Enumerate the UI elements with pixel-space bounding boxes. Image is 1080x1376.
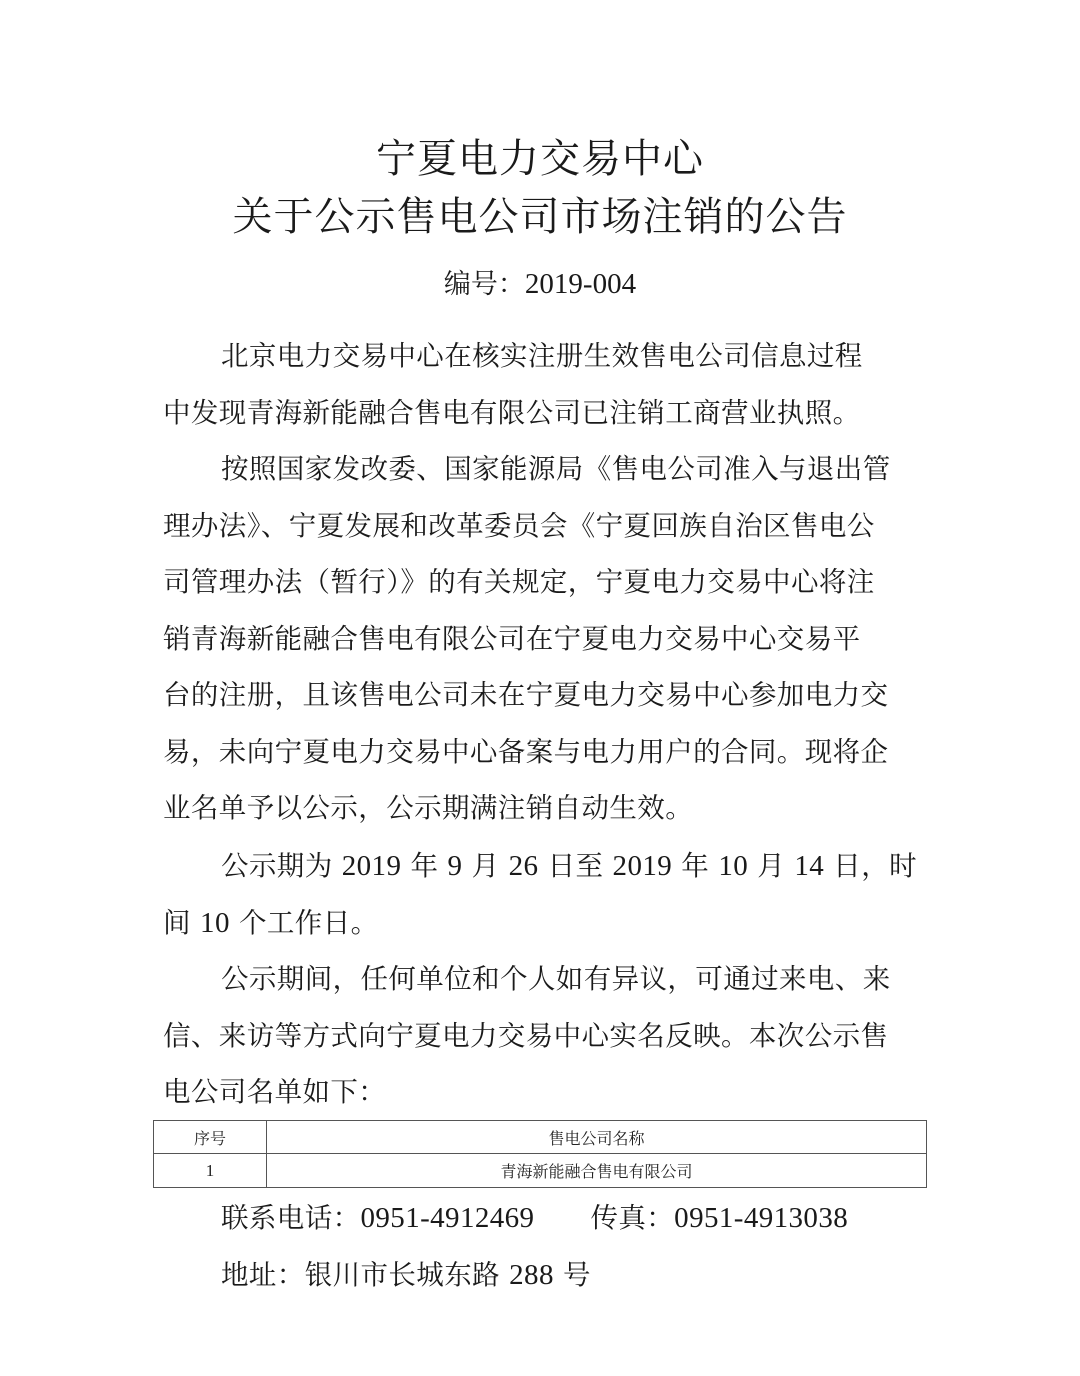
start-month: 9 [448,850,463,882]
table-cell-company: 青海新能融合售电有限公司 [267,1154,927,1188]
address-text: 银川市长城东路 [305,1259,509,1291]
page-title-organization: 宁夏电力交易中心 [0,135,1080,183]
paragraph-line: 易，未向宁夏电力交易中心备案与电力用户的合同。现将企 [163,724,918,781]
paragraph-regulation: 按照国家发改委、国家能源局《售电公司准入与退出管 理办法》、宁夏发展和改革委员会… [163,441,918,837]
end-year: 2019 [613,850,673,882]
table-cell-index: 1 [154,1154,267,1188]
table-row: 1 青海新能融合售电有限公司 [154,1154,927,1188]
end-day: 14 [794,850,824,882]
text-fragment: 日至 [538,850,612,882]
paragraph-verification: 北京电力交易中心在核实注册生效售电公司信息过程 中发现青海新能融合售电有限公司已… [163,328,918,441]
text-fragment: 间 [163,907,200,939]
paragraph-line: 销青海新能融合售电有限公司在宁夏电力交易中心交易平 [163,611,918,668]
paragraph-line: 北京电力交易中心在核实注册生效售电公司信息过程 [163,328,918,385]
address-number: 288 [509,1259,554,1291]
working-days-count: 10 [200,907,230,939]
document-number: 编号：2019-004 [0,266,1080,303]
contact-address: 地址：银川市长城东路 288 号 [221,1255,591,1295]
paragraph-line: 间 10 个工作日。 [163,895,918,952]
phone-label: 联系电话： [221,1202,361,1234]
document-number-value: 2019-004 [525,268,636,300]
paragraph-line: 公示期间，任何单位和个人如有异议，可通过来电、来 [163,951,918,1008]
page-title-announcement: 关于公示售电公司市场注销的公告 [0,193,1080,241]
table-header-index: 序号 [154,1121,267,1154]
fax-number: 0951-4913038 [674,1202,848,1234]
paragraph-line: 司管理办法（暂行）》的有关规定，宁夏电力交易中心将注 [163,554,918,611]
paragraph-line: 台的注册，且该售电公司未在宁夏电力交易中心参加电力交 [163,667,918,724]
text-fragment: 个工作日。 [230,907,379,939]
text-fragment: 公示期为 [221,850,342,882]
paragraph-publicity-period: 公示期为 2019 年 9 月 26 日至 2019 年 10 月 14 日，时… [163,838,918,951]
paragraph-line: 业名单予以公示，公示期满注销自动生效。 [163,780,918,837]
start-day: 26 [509,850,539,882]
text-fragment: 月 [748,850,794,882]
address-suffix: 号 [554,1259,591,1291]
text-fragment: 月 [462,850,508,882]
address-label: 地址： [221,1259,305,1291]
fax-label: 传真： [590,1202,674,1234]
phone-number: 0951-4912469 [361,1202,535,1234]
paragraph-line: 按照国家发改委、国家能源局《售电公司准入与退出管 [163,441,918,498]
text-fragment: 年 [401,850,447,882]
paragraph-line: 理办法》、宁夏发展和改革委员会《宁夏回族自治区售电公 [163,498,918,555]
announcement-page: 宁夏电力交易中心 关于公示售电公司市场注销的公告 编号：2019-004 北京电… [0,0,1080,1376]
text-fragment: 日，时 [824,850,917,882]
contact-phone-fax: 联系电话：0951-4912469传真：0951-4913038 [221,1198,848,1238]
start-year: 2019 [342,850,402,882]
paragraph-line: 信、来访等方式向宁夏电力交易中心实名反映。本次公示售 [163,1008,918,1065]
text-fragment: 年 [672,850,718,882]
paragraph-line: 电公司名单如下： [163,1064,918,1121]
company-list-table: 序号 售电公司名称 1 青海新能融合售电有限公司 [153,1120,927,1188]
paragraph-objection: 公示期间，任何单位和个人如有异议，可通过来电、来 信、来访等方式向宁夏电力交易中… [163,951,918,1121]
document-number-label: 编号： [444,269,525,300]
paragraph-line: 中发现青海新能融合售电有限公司已注销工商营业执照。 [163,385,918,442]
paragraph-line: 公示期为 2019 年 9 月 26 日至 2019 年 10 月 14 日，时 [163,838,918,895]
table-header-company: 售电公司名称 [267,1121,927,1154]
table-header-row: 序号 售电公司名称 [154,1121,927,1154]
end-month: 10 [718,850,748,882]
